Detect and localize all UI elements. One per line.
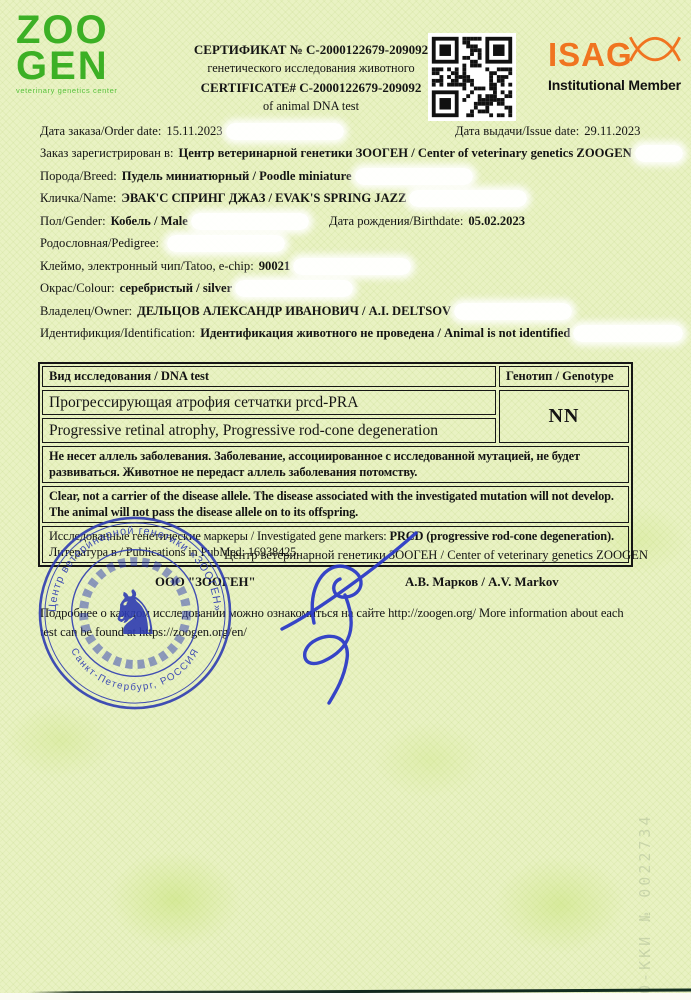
field-label: Идентификция/Identification: <box>40 326 195 341</box>
title-en-number: CERTIFICATE# C-2000122679-209092 <box>168 78 454 97</box>
certificate-title: СЕРТИФИКАТ № C-2000122679-209092 генетич… <box>168 40 454 116</box>
field-right-group <box>40 300 45 323</box>
field-label: Дата заказа/Order date: <box>40 124 161 139</box>
zoogen-logo-tagline: veterinary genetics center <box>16 86 117 96</box>
redaction-blur <box>235 280 353 297</box>
field-value: Идентификация животного не проведена / A… <box>200 326 570 341</box>
field-value: серебристый / silver <box>120 281 233 296</box>
field-row-owner: Владелец/Owner: ДЕЛЬЦОВ АЛЕКСАНДР ИВАНОВ… <box>40 300 683 323</box>
test-name-ru: Прогрессирующая атрофия сетчатки prcd-PR… <box>42 390 496 415</box>
certificate-page: ZOO GEN veterinary genetics center СЕРТИ… <box>0 0 691 1000</box>
field-row-order-date: Дата заказа/Order date: 15.11.2023 Дата … <box>40 120 683 143</box>
isag-logo: ISAG Institutional Member <box>548 36 690 93</box>
field-row-gender: Пол/Gender: Кобель / Male Дата рождения/… <box>40 210 683 233</box>
field-label: Кличка/Name: <box>40 191 116 206</box>
field-label: Заказ зарегистрирован в: <box>40 146 173 161</box>
genotype-value: NN <box>499 390 629 443</box>
title-ru-number: СЕРТИФИКАТ № C-2000122679-209092 <box>168 40 454 59</box>
table-header-genotype: Генотип / Genotype <box>499 366 629 387</box>
stamp-ring-bottom-text: Санкт-Петербург, РОССИЯ <box>68 646 201 693</box>
zoogen-logo-line1: ZOO <box>16 12 117 48</box>
zoogen-logo-line2: GEN <box>16 48 117 84</box>
redaction-blur <box>226 123 344 140</box>
official-stamp: Центр ветеринарной генетики «ЗООГЕН» Сан… <box>36 514 234 712</box>
field-right-group <box>40 143 45 166</box>
qr-code-svg <box>428 33 516 121</box>
field-right-value: 05.02.2023 <box>468 214 525 229</box>
redaction-blur <box>293 258 411 275</box>
dna-helix-icon <box>626 24 684 77</box>
svg-text:Санкт-Петербург, РОССИЯ: Санкт-Петербург, РОССИЯ <box>68 646 201 693</box>
isag-logo-text: ISAG <box>548 36 633 74</box>
redaction-blur <box>635 145 683 162</box>
field-value: ЭВАК'С СПРИНГ ДЖАЗ / EVAK'S SPRING JAZZ <box>121 191 406 206</box>
test-name-en: Progressive retinal atrophy, Progressive… <box>42 418 496 443</box>
field-row-name: Кличка/Name: ЭВАК'С СПРИНГ ДЖАЗ / EVAK'S… <box>40 188 683 211</box>
field-right-group <box>40 188 45 211</box>
redaction-blur <box>454 303 572 320</box>
field-label: Окрас/Colour: <box>40 281 115 296</box>
director-signature <box>276 531 434 707</box>
redaction-blur <box>409 190 527 207</box>
form-serial-watermark: ЗО-ККИ № 0022734 <box>636 836 654 1000</box>
field-label: Владелец/Owner: <box>40 304 132 319</box>
field-label: Порода/Breed: <box>40 169 117 184</box>
result-description-ru: Не несет аллель заболевания. Заболевание… <box>42 446 629 483</box>
title-ru-subtitle: генетического исследования животного <box>168 59 454 78</box>
field-right-group <box>40 255 45 278</box>
field-right-group <box>40 278 45 301</box>
field-value: Центр ветеринарной генетики ЗООГЕН / Cen… <box>178 146 631 161</box>
field-row-chip: Клеймо, электронный чип/Tatoo, e-chip: 9… <box>40 255 683 278</box>
field-right-label: Дата выдачи/Issue date: <box>455 124 579 139</box>
field-value: 90021 <box>259 259 290 274</box>
field-row-colour: Окрас/Colour: серебристый / silver <box>40 278 683 301</box>
field-value: ДЕЛЬЦОВ АЛЕКСАНДР ИВАНОВИЧ / A.I. DELTSO… <box>137 304 451 319</box>
horse-rider-icon: ♞ <box>107 580 162 648</box>
field-value: Кобель / Male <box>111 214 188 229</box>
field-row-breed: Порода/Breed: Пудель миниатюрный / Poodl… <box>40 165 683 188</box>
field-row-identification: Идентификция/Identification: Идентификац… <box>40 323 683 346</box>
field-value: Пудель миниатюрный / Poodle miniature <box>122 169 352 184</box>
redaction-blur <box>191 213 309 230</box>
fields-section: Дата заказа/Order date: 15.11.2023 Дата … <box>40 120 683 345</box>
title-en-subtitle: of animal DNA test <box>168 97 454 116</box>
zoogen-logo: ZOO GEN veterinary genetics center <box>16 12 117 96</box>
field-label: Клеймо, электронный чип/Tatoo, e-chip: <box>40 259 254 274</box>
table-header-dna-test: Вид исследования / DNA test <box>42 366 496 387</box>
field-label: Родословная/Pedigree: <box>40 236 159 251</box>
redaction-blur <box>355 168 473 185</box>
field-right-group: Дата рождения/Birthdate: 05.02.2023 <box>329 210 525 233</box>
scan-edge-white <box>0 993 691 1000</box>
field-right-group <box>40 165 45 188</box>
field-right-label: Дата рождения/Birthdate: <box>329 214 463 229</box>
qr-code-icon <box>428 33 516 121</box>
field-label: Пол/Gender: <box>40 214 106 229</box>
field-right-value: 29.11.2023 <box>584 124 640 139</box>
field-row-pedigree: Родословная/Pedigree: <box>40 233 683 256</box>
redaction-blur <box>573 325 683 342</box>
isag-member-label: Institutional Member <box>548 77 690 93</box>
field-row-registered: Заказ зарегистрирован в: Центр ветеринар… <box>40 143 683 166</box>
redaction-blur <box>167 235 285 252</box>
field-right-group <box>40 323 45 346</box>
field-value: 15.11.2023 <box>166 124 222 139</box>
field-right-group: Дата выдачи/Issue date: 29.11.2023 <box>455 120 640 143</box>
field-right-group <box>40 233 45 256</box>
